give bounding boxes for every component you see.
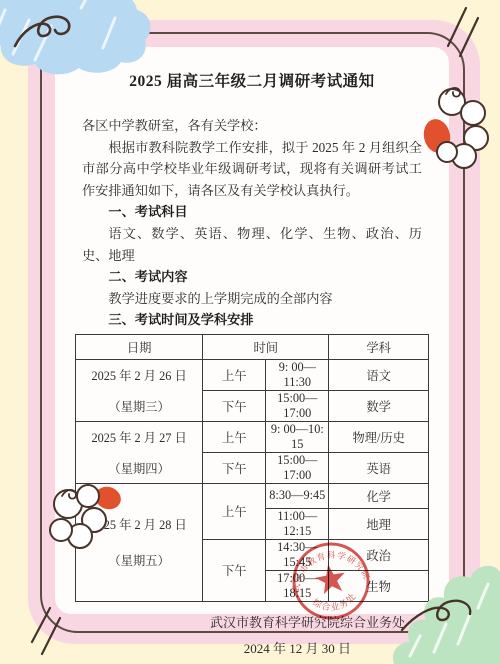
period-cell: 上午 <box>203 483 266 539</box>
section2-body: 教学进度要求的上学期完成的全部内容 <box>82 288 422 310</box>
time-cell: 8:30—9:45 <box>266 483 329 508</box>
flower-doodle-right-icon <box>418 80 498 182</box>
table-row: 2025 年 2 月 27 日 （星期四） 上午 9: 00—10: 15 物理… <box>76 421 429 452</box>
subject-cell: 物理/历史 <box>329 421 429 452</box>
flower-doodle-left-icon <box>28 468 128 568</box>
section1-heading: 一、考试科目 <box>82 201 422 223</box>
time-cell: 9: 00—10: 15 <box>266 421 329 452</box>
date-text: 2025 年 2 月 26 日 <box>91 366 186 384</box>
period-cell: 下午 <box>203 539 266 601</box>
col-header-time: 时间 <box>203 334 329 359</box>
period-cell: 上午 <box>203 359 266 390</box>
period-cell: 下午 <box>203 452 266 483</box>
col-header-subject: 学科 <box>329 334 429 359</box>
table-row: 2025 年 2 月 28 日 （星期五） 上午 8:30—9:45 化学 <box>76 483 429 508</box>
cloud-doodle-icon <box>0 0 155 83</box>
subject-cell: 语文 <box>329 359 429 390</box>
subject-cell: 数学 <box>329 390 429 421</box>
time-cell: 9: 00—11:30 <box>266 359 329 390</box>
notice-body: 各区中学教研室，各有关学校： 根据市教科院教学工作安排，拟于 2025 年 2 … <box>75 115 429 331</box>
subject-cell: 英语 <box>329 452 429 483</box>
col-header-date: 日期 <box>76 334 203 359</box>
table-header-row: 日期 时间 学科 <box>76 334 429 359</box>
intro-paragraph: 根据市教科院教学工作安排，拟于 2025 年 2 月组织全市部分高中学校毕业年级… <box>82 137 422 202</box>
section1-body: 语文、数学、英语、物理、化学、生物、政治、历史、地理 <box>82 223 422 266</box>
section3-heading: 三、考试时间及学科安排 <box>82 309 422 331</box>
time-cell: 15:00—17:00 <box>266 390 329 421</box>
period-cell: 上午 <box>203 421 266 452</box>
date-text: 2025 年 2 月 27 日 <box>91 428 186 446</box>
official-stamp: 武汉市教育科学研究院 综合业务处 <box>281 534 381 628</box>
sparkle-slashes-bottom-left-icon <box>20 600 72 662</box>
time-cell: 15:00—17:00 <box>266 452 329 483</box>
flower-petals <box>50 485 106 548</box>
subject-cell: 化学 <box>329 483 429 508</box>
period-cell: 下午 <box>203 390 266 421</box>
sparkle-slashes-top-right-icon <box>438 2 490 64</box>
stamp-star-icon <box>313 562 347 595</box>
weekday-text: （星期三） <box>108 397 170 415</box>
section2-heading: 二、考试内容 <box>82 266 422 288</box>
issue-date: 2024 年 12 月 30 日 <box>75 631 429 657</box>
salutation: 各区中学教研室，各有关学校： <box>82 115 422 137</box>
date-cell-feb26: 2025 年 2 月 26 日 （星期三） <box>76 359 203 421</box>
notice-page: 2025 届高三年级二月调研考试通知 各区中学教研室，各有关学校： 根据市教科院… <box>0 0 500 664</box>
table-row: 2025 年 2 月 26 日 （星期三） 上午 9: 00—11:30 语文 <box>76 359 429 390</box>
green-blob-doodle-icon <box>380 552 500 664</box>
